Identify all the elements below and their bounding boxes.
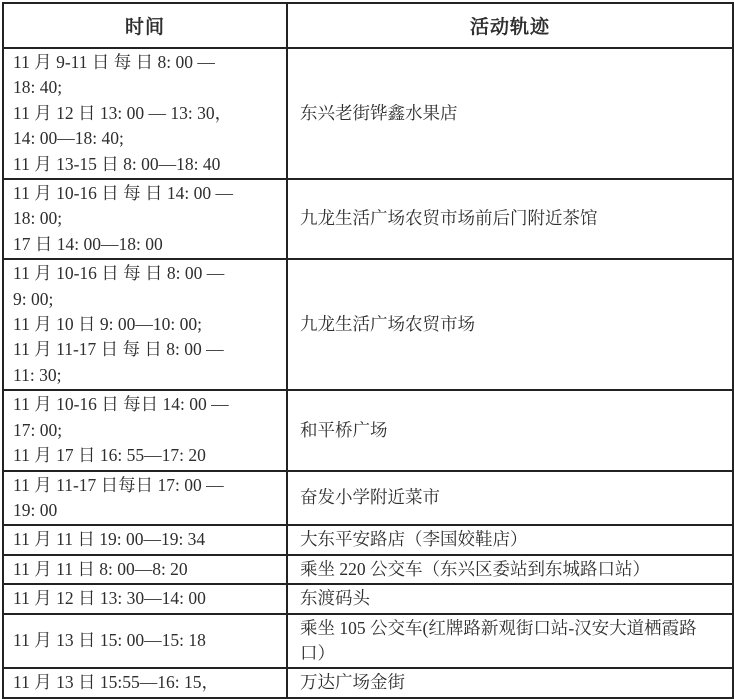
time-cell: 11 月 9-11 日 每 日 8: 00 — 18: 40; 11 月 12 … [3,48,287,179]
table-row: 11 月 10-16 日 每 日 8: 00 — 9: 00; 11 月 10 … [3,259,733,390]
header-activity: 活动轨迹 [287,3,733,48]
activity-cell: 奋发小学附近菜市 [287,471,733,526]
table-row: 11 月 10-16 日 每日 14: 00 — 17: 00; 11 月 17… [3,390,733,470]
time-cell: 11 月 10-16 日 每 日 14: 00 — 18: 00; 17 日 1… [3,179,287,259]
time-cell: 11 月 10-16 日 每日 14: 00 — 17: 00; 11 月 17… [3,390,287,470]
table-row: 11 月 11 日 8: 00—8: 20 乘坐 220 公交车（东兴区委站到东… [3,555,733,584]
time-cell: 11 月 11-17 日每日 17: 00 — 19: 00 [3,471,287,526]
time-cell: 11 月 13 日 15: 00—15: 18 [3,614,287,669]
header-time: 时间 [3,3,287,48]
time-cell: 11 月 13 日 15:55—16: 15， [3,668,287,697]
table-row: 11 月 11-17 日每日 17: 00 — 19: 00 奋发小学附近菜市 [3,471,733,526]
activity-cell: 万达广场金街 [287,668,733,697]
activity-track-table: 时间 活动轨迹 11 月 9-11 日 每 日 8: 00 — 18: 40; … [2,2,734,699]
time-cell: 11 月 11 日 8: 00—8: 20 [3,555,287,584]
activity-cell: 和平桥广场 [287,390,733,470]
table-row: 11 月 11 日 19: 00—19: 34 大东平安路店（李国姣鞋店） [3,525,733,554]
activity-cell: 九龙生活广场农贸市场前后门附近茶馆 [287,179,733,259]
activity-cell: 九龙生活广场农贸市场 [287,259,733,390]
activity-cell: 大东平安路店（李国姣鞋店） [287,525,733,554]
time-cell: 11 月 11 日 19: 00—19: 34 [3,525,287,554]
table-row: 11 月 12 日 13: 30—14: 00 东渡码头 [3,584,733,613]
activity-cell: 东兴老街铧鑫水果店 [287,48,733,179]
time-cell: 11 月 12 日 13: 30—14: 00 [3,584,287,613]
table-row: 11 月 13 日 15: 00—15: 18 乘坐 105 公交车(红牌路新观… [3,614,733,669]
table-header-row: 时间 活动轨迹 [3,3,733,48]
time-cell: 11 月 10-16 日 每 日 8: 00 — 9: 00; 11 月 10 … [3,259,287,390]
activity-cell: 乘坐 105 公交车(红牌路新观街口站-汉安大道栖霞路 口） [287,614,733,669]
activity-cell: 东渡码头 [287,584,733,613]
table-row: 11 月 10-16 日 每 日 14: 00 — 18: 00; 17 日 1… [3,179,733,259]
activity-cell: 乘坐 220 公交车（东兴区委站到东城路口站） [287,555,733,584]
table-row: 11 月 9-11 日 每 日 8: 00 — 18: 40; 11 月 12 … [3,48,733,179]
